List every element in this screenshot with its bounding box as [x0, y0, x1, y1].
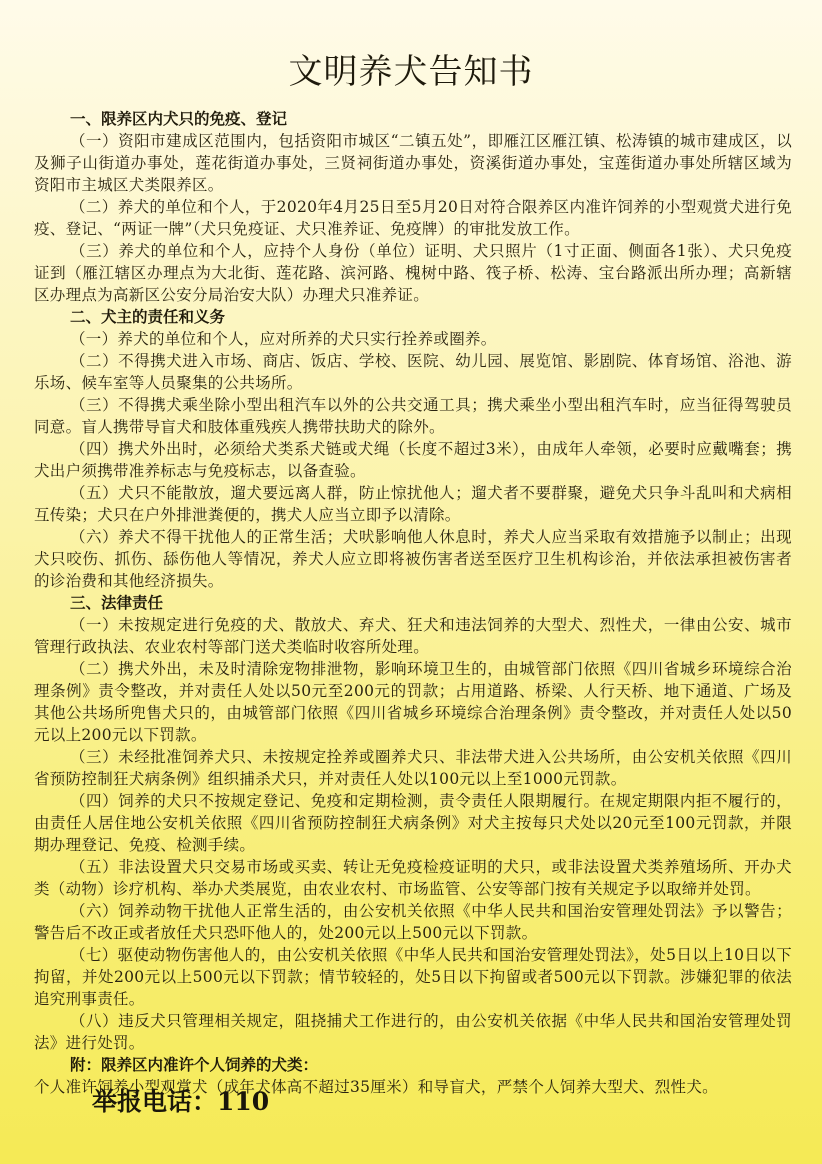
paragraph: （二）养犬的单位和个人，于2020年4月25日至5月20日对符合限养区内准许饲养…	[34, 196, 792, 240]
paragraph: （五）非法设置犬只交易市场或买卖、转让无免疫检疫证明的犬只，或非法设置犬类养殖场…	[34, 856, 792, 900]
paragraph: （一）资阳市建成区范围内，包括资阳市城区“二镇五处”，即雁江区雁江镇、松涛镇的城…	[34, 130, 792, 196]
paragraph: （三）未经批准饲养犬只、未按规定拴养或圈养犬只、非法带犬进入公共场所，由公安机关…	[34, 746, 792, 790]
paragraph: （七）驱使动物伤害他人的，由公安机关依照《中华人民共和国治安管理处罚法》，处5日…	[34, 944, 792, 1010]
document-body: 一、限养区内犬只的免疫、登记 （一）资阳市建成区范围内，包括资阳市城区“二镇五处…	[34, 108, 792, 1098]
section-heading-3: 三、法律责任	[34, 592, 792, 614]
paragraph: （五）犬只不能散放，遛犬要远离人群，防止惊扰他人；遛犬者不要群聚，避免犬只争斗乱…	[34, 482, 792, 526]
paragraph: （四）饲养的犬只不按规定登记、免疫和定期检测，责令责任人限期履行。在规定期限内拒…	[34, 790, 792, 856]
paragraph: （四）携犬外出时，必须给犬类系犬链或犬绳（长度不超过3米），由成年人牵领，必要时…	[34, 438, 792, 482]
paragraph: （二）不得携犬进入市场、商店、饭店、学校、医院、幼儿园、展览馆、影剧院、体育场馆…	[34, 350, 792, 394]
paragraph: （三）养犬的单位和个人，应持个人身份（单位）证明、犬只照片（1寸正面、侧面各1张…	[34, 240, 792, 306]
notice-page: 文明养犬告知书 一、限养区内犬只的免疫、登记 （一）资阳市建成区范围内，包括资阳…	[0, 0, 822, 1164]
paragraph: （三）不得携犬乘坐除小型出租汽车以外的公共交通工具；携犬乘坐小型出租汽车时，应当…	[34, 394, 792, 438]
section-heading-2: 二、犬主的责任和义务	[34, 306, 792, 328]
appendix-heading: 附：限养区内准许个人饲养的犬类：	[34, 1054, 792, 1076]
report-hotline: 举报电话：110	[92, 1082, 269, 1118]
section-heading-1: 一、限养区内犬只的免疫、登记	[34, 108, 792, 130]
paragraph: （六）饲养动物干扰他人正常生活的，由公安机关依照《中华人民共和国治安管理处罚法》…	[34, 900, 792, 944]
document-title: 文明养犬告知书	[0, 44, 822, 93]
paragraph: （二）携犬外出，未及时清除宠物排泄物，影响环境卫生的，由城管部门依照《四川省城乡…	[34, 658, 792, 746]
paragraph: （一）养犬的单位和个人，应对所养的犬只实行拴养或圈养。	[34, 328, 792, 350]
paragraph: （六）养犬不得干扰他人的正常生活；犬吠影响他人休息时，养犬人应当采取有效措施予以…	[34, 526, 792, 592]
paragraph: （八）违反犬只管理相关规定，阻挠捕犬工作进行的，由公安机关依据《中华人民共和国治…	[34, 1010, 792, 1054]
paragraph: （一）未按规定进行免疫的犬、散放犬、弃犬、狂犬和违法饲养的大型犬、烈性犬，一律由…	[34, 614, 792, 658]
